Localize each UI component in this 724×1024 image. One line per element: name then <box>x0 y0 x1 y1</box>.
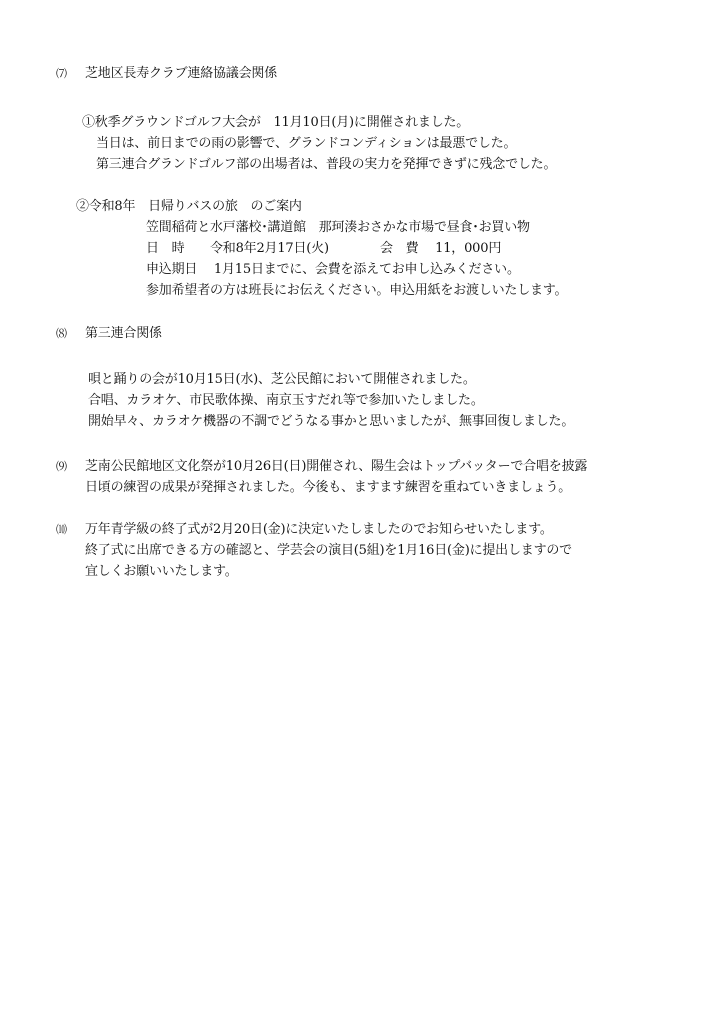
item-line: 当日は、前日までの雨の影響で、グランドコンディションは最悪でした。 <box>96 136 516 152</box>
item-line: 開始早々、カラオケ機器の不調でどうなる事かと思いましたが、無事回復しました。 <box>88 414 574 430</box>
item-line: 唄と踊りの会が10月15日(水)、芝公民館において開催されました。 <box>88 372 476 388</box>
item-line: 日頃の練習の成果が発揮されました。今後も、ますます練習を重ねていきましょう。 <box>85 480 571 496</box>
item-line: 笠間稲荷と水戸藩校･講道館 那珂湊おさかな市場で昼食･お買い物 <box>146 220 530 236</box>
item-line: 申込期日 1月15日までに、会費を添えてお申し込みください。 <box>146 262 520 278</box>
item-line: 第三連合グランドゴルフ部の出場者は、普段の実力を発揮できずに残念でした。 <box>96 157 556 173</box>
section-number: ⑺ <box>56 66 67 82</box>
item-line: 日 時 令和8年2月17日(火) 会 費 11，000円 <box>146 241 501 257</box>
item-line: ①秋季グラウンドゴルフ大会が 11月10日(月)に開催されました。 <box>82 115 469 131</box>
section-title: 芝地区長寿クラブ連絡協議会関係 <box>85 66 277 82</box>
item-line: 芝南公民館地区文化祭が10月26日(日)開催され、陽生会はトップバッターで合唱を… <box>85 459 587 475</box>
item-line: ②令和8年 日帰りバスの旅 のご案内 <box>76 199 302 215</box>
section-number: ⑼ <box>56 459 67 475</box>
item-line: 宜しくお願いいたします。 <box>85 564 238 580</box>
section-number: ⑽ <box>56 522 67 538</box>
item-line: 合唱、カラオケ、市民歌体操、南京玉すだれ等で参加いたしました。 <box>88 393 484 409</box>
section-title: 第三連合関係 <box>85 326 162 342</box>
section-number: ⑻ <box>56 326 67 342</box>
item-line: 終了式に出席できる方の確認と、学芸会の演目(5組)を1月16日(金)に提出します… <box>85 543 572 559</box>
item-line: 万年青学級の終了式が2月20日(金)に決定いたしましたのでお知らせいたします。 <box>85 522 553 538</box>
item-line: 参加希望者の方は班長にお伝えください。申込用紙をお渡しいたします。 <box>146 283 567 299</box>
